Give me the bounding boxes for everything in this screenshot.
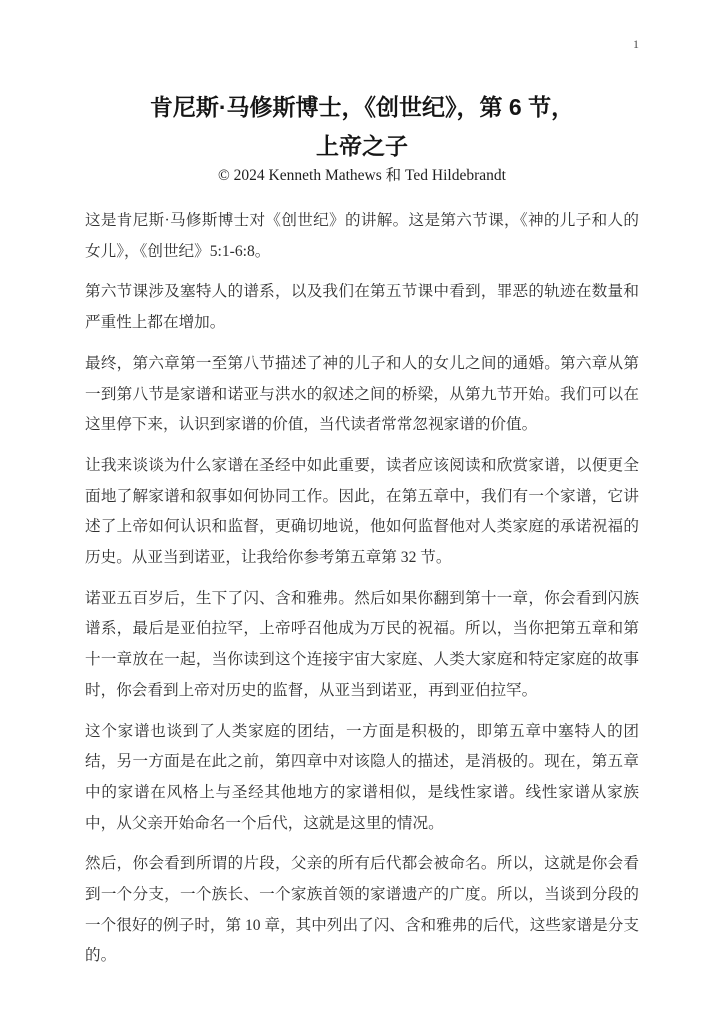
document-content: 肯尼斯·马修斯博士，《创世纪》，第 6 节，上帝之子 © 2024 Kennet… bbox=[85, 88, 639, 982]
paragraph: 这个家谱也谈到了人类家庭的团结，一方面是积极的，即第五章中塞特人的团结，另一方面… bbox=[85, 717, 639, 840]
document-body: 这是肯尼斯·马修斯博士对《创世纪》的讲解。这是第六节课，《神的儿子和人的女儿》，… bbox=[85, 206, 639, 972]
title-line-2: 上帝之子 bbox=[316, 133, 408, 159]
paragraph: 然后，你会看到所谓的片段，父亲的所有后代都会被命名。所以，这就是你会看到一个分支… bbox=[85, 849, 639, 972]
title-line-1: 肯尼斯·马修斯博士，《创世纪》，第 6 节， bbox=[150, 94, 574, 120]
page-number: 1 bbox=[633, 36, 639, 52]
document-title: 肯尼斯·马修斯博士，《创世纪》，第 6 节，上帝之子 bbox=[85, 88, 639, 166]
paragraph: 最终，第六章第一至第八节描述了神的儿子和人的女儿之间的通婚。第六章从第一到第八节… bbox=[85, 349, 639, 441]
paragraph: 让我来谈谈为什么家谱在圣经中如此重要，读者应该阅读和欣赏家谱，以便更全面地了解家… bbox=[85, 451, 639, 574]
document-page: { "page": { "number": "1", "background_c… bbox=[0, 0, 724, 1024]
paragraph: 第六节课涉及塞特人的谱系，以及我们在第五节课中看到，罪恶的轨迹在数量和严重性上都… bbox=[85, 277, 639, 338]
paragraph: 诺亚五百岁后，生下了闪、含和雅弗。然后如果你翻到第十一章，你会看到闪族谱系，最后… bbox=[85, 584, 639, 707]
paragraph: 这是肯尼斯·马修斯博士对《创世纪》的讲解。这是第六节课，《神的儿子和人的女儿》，… bbox=[85, 206, 639, 267]
copyright-line: © 2024 Kenneth Mathews 和 Ted Hildebrandt bbox=[85, 166, 639, 186]
